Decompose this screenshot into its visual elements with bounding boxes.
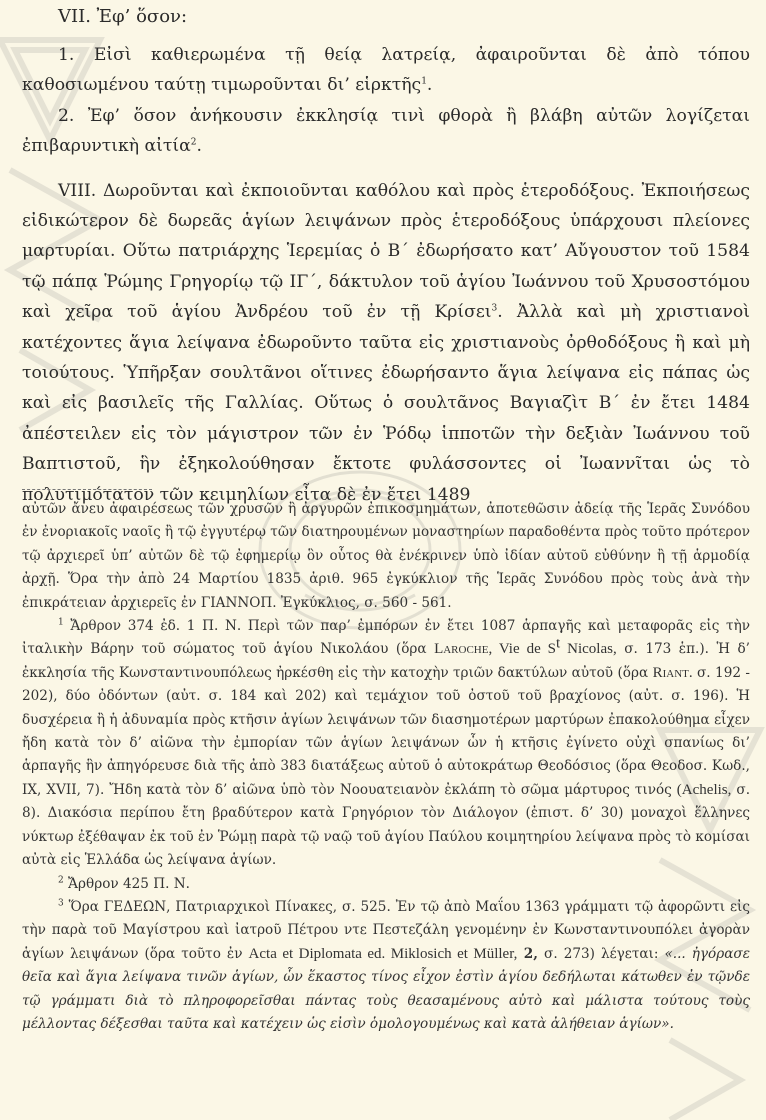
main-text: 1. Εἰσὶ καθιερωμένα τῇ θείᾳ λατρείᾳ, ἀφα… bbox=[22, 40, 750, 510]
paragraph-1-text: 1. Εἰσὶ καθιερωμένα τῇ θείᾳ λατρείᾳ, ἀφα… bbox=[22, 45, 750, 95]
paragraph-2-text: 2. Ἐφ’ ὅσον ἀνήκουσιν ἐκκλησίᾳ τινὶ φθορ… bbox=[22, 106, 750, 156]
author-riant: Riant. bbox=[653, 665, 693, 681]
footnote-1-text-c: σ. 192 - 202), δύο ὀδόντων (αὐτ. σ. 184 … bbox=[22, 665, 750, 798]
footnote-continuation: αὐτῶν ἄνευ ἀφαιρέσεως τῶν χρυσῶν ἢ ἀργυρ… bbox=[22, 498, 750, 615]
author-achelis: (Achelis, bbox=[677, 782, 732, 798]
author-name: ΓΙΑΝΝΟΠ. bbox=[201, 595, 277, 611]
author-laroche: Laroche bbox=[434, 641, 488, 657]
footnote-2: 2 Ἄρθρον 425 Π. Ν. bbox=[22, 873, 750, 896]
paragraph-viii-text-a: VIII. Δωροῦνται καὶ ἐκποιοῦνται καθόλου … bbox=[22, 181, 750, 323]
section-heading: VII. Ἐφ’ ὅσον: bbox=[58, 6, 187, 27]
footnote-continuation-end: Ἐγκύκλιος, σ. 560 - 561. bbox=[277, 595, 452, 611]
footnote-3: 3 Ὅρα ΓΕΔΕΩΝ, Πατριαρχικοὶ Πίνακες, σ. 5… bbox=[22, 896, 750, 1036]
paragraph-viii: VIII. Δωροῦνται καὶ ἐκποιοῦνται καθόλου … bbox=[22, 176, 750, 510]
volume-number: 2, bbox=[517, 946, 538, 962]
footnote-ref-2[interactable]: 2 bbox=[191, 137, 197, 147]
footnote-separator bbox=[22, 489, 152, 490]
footnote-2-text: Ἄρθρον 425 Π. Ν. bbox=[64, 876, 190, 892]
footnote-3-text-c: σ. 273) λέγεται: bbox=[538, 946, 664, 962]
footnote-3-text-a: Ὅρα bbox=[64, 899, 104, 915]
paragraph-1: 1. Εἰσὶ καθιερωμένα τῇ θείᾳ λατρείᾳ, ἀφα… bbox=[22, 40, 750, 101]
title-nicolas: Nicolas, bbox=[560, 641, 617, 657]
footnote-ref-1[interactable]: 1 bbox=[421, 77, 427, 87]
paragraph-2: 2. Ἐφ’ ὅσον ἀνήκουσιν ἐκκλησίᾳ τινὶ φθορ… bbox=[22, 101, 750, 162]
title-acta: Acta et Diplomata ed. Miklosich et Mülle… bbox=[249, 946, 518, 962]
title-vie: , Vie de S bbox=[488, 641, 556, 657]
footnote-1: 1 Ἄρθρον 374 ἐδ. 1 Π. Ν. Περὶ τῶν παρ’ ἐ… bbox=[22, 615, 750, 872]
document-page: VII. Ἐφ’ ὅσον: 1. Εἰσὶ καθιερωμένα τῇ θε… bbox=[0, 0, 766, 1120]
footnotes: αὐτῶν ἄνευ ἀφαιρέσεως τῶν χρυσῶν ἢ ἀργυρ… bbox=[22, 498, 750, 1036]
paragraph-viii-text-b: . Ἀλλὰ καὶ μὴ χριστιανοὶ κατέχοντες ἅγια… bbox=[22, 302, 750, 504]
author-gedeon: ΓΕΔΕΩΝ, bbox=[104, 899, 171, 915]
